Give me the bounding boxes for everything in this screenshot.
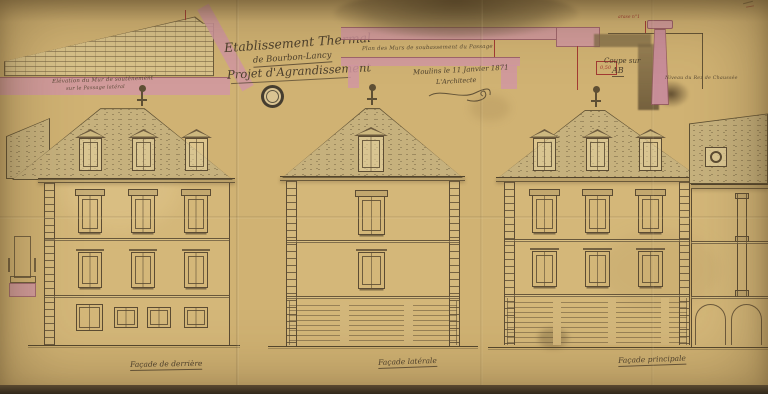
fold-crease <box>236 0 239 394</box>
window-upper-floor <box>131 195 155 233</box>
roof-finial <box>141 91 143 106</box>
window-middle-floor <box>131 252 155 288</box>
window-ground-floor <box>184 307 208 328</box>
dormer-window <box>533 138 556 171</box>
fold-crease <box>480 0 483 394</box>
rustication-gap <box>404 301 413 345</box>
dormer-window <box>79 138 102 171</box>
wing-roof <box>689 112 768 184</box>
photo-bottom-edge <box>0 385 768 394</box>
string-course <box>45 295 229 298</box>
roof-finial <box>595 92 597 107</box>
wing-floor-band <box>691 296 768 299</box>
top-shading <box>0 0 768 22</box>
wing-floor-band <box>691 241 768 244</box>
oculus-window <box>705 147 727 167</box>
main-rustication <box>507 298 687 345</box>
arcade-arch <box>731 304 762 345</box>
window-ground-floor <box>147 307 171 328</box>
rustication-gap <box>661 298 669 345</box>
dormer-window <box>132 138 155 171</box>
window-middle-floor <box>532 251 557 287</box>
side-rustication <box>289 301 457 345</box>
wing-pilaster <box>737 193 747 297</box>
ground-line <box>488 347 768 348</box>
fold-crease <box>651 0 654 394</box>
ground-line <box>268 346 478 347</box>
window-ground-floor <box>76 304 103 331</box>
fold-crease <box>0 216 768 219</box>
ground-line <box>28 345 240 346</box>
window-upper-floor <box>585 195 610 233</box>
rustication-gap <box>608 298 616 345</box>
string-course <box>505 294 689 297</box>
roof-finial <box>371 90 373 105</box>
pilaster-capital <box>735 193 749 199</box>
window-upper-floor <box>184 195 208 233</box>
window-middle-floor <box>184 252 208 288</box>
string-course <box>45 238 229 241</box>
dormer-window <box>586 138 609 171</box>
rear-quoins-left <box>44 183 55 346</box>
window-middle-floor <box>358 252 385 289</box>
string-course <box>287 296 459 299</box>
window-middle-floor <box>78 252 102 288</box>
window-ground-floor <box>114 307 138 328</box>
arcade-arch <box>695 304 726 345</box>
rustication-gap <box>553 298 561 345</box>
window-upper-floor <box>78 195 102 233</box>
rustication-gap <box>340 301 349 345</box>
window-upper-floor <box>532 195 557 233</box>
window-middle-floor <box>585 251 610 287</box>
string-course <box>287 240 459 243</box>
string-course <box>505 239 689 242</box>
dormer-window <box>358 136 384 172</box>
archival-drawing-photo: Elévation du Mur de soutènement sur le P… <box>0 0 768 394</box>
dormer-window <box>185 138 208 171</box>
dormer-pediment <box>181 129 212 138</box>
